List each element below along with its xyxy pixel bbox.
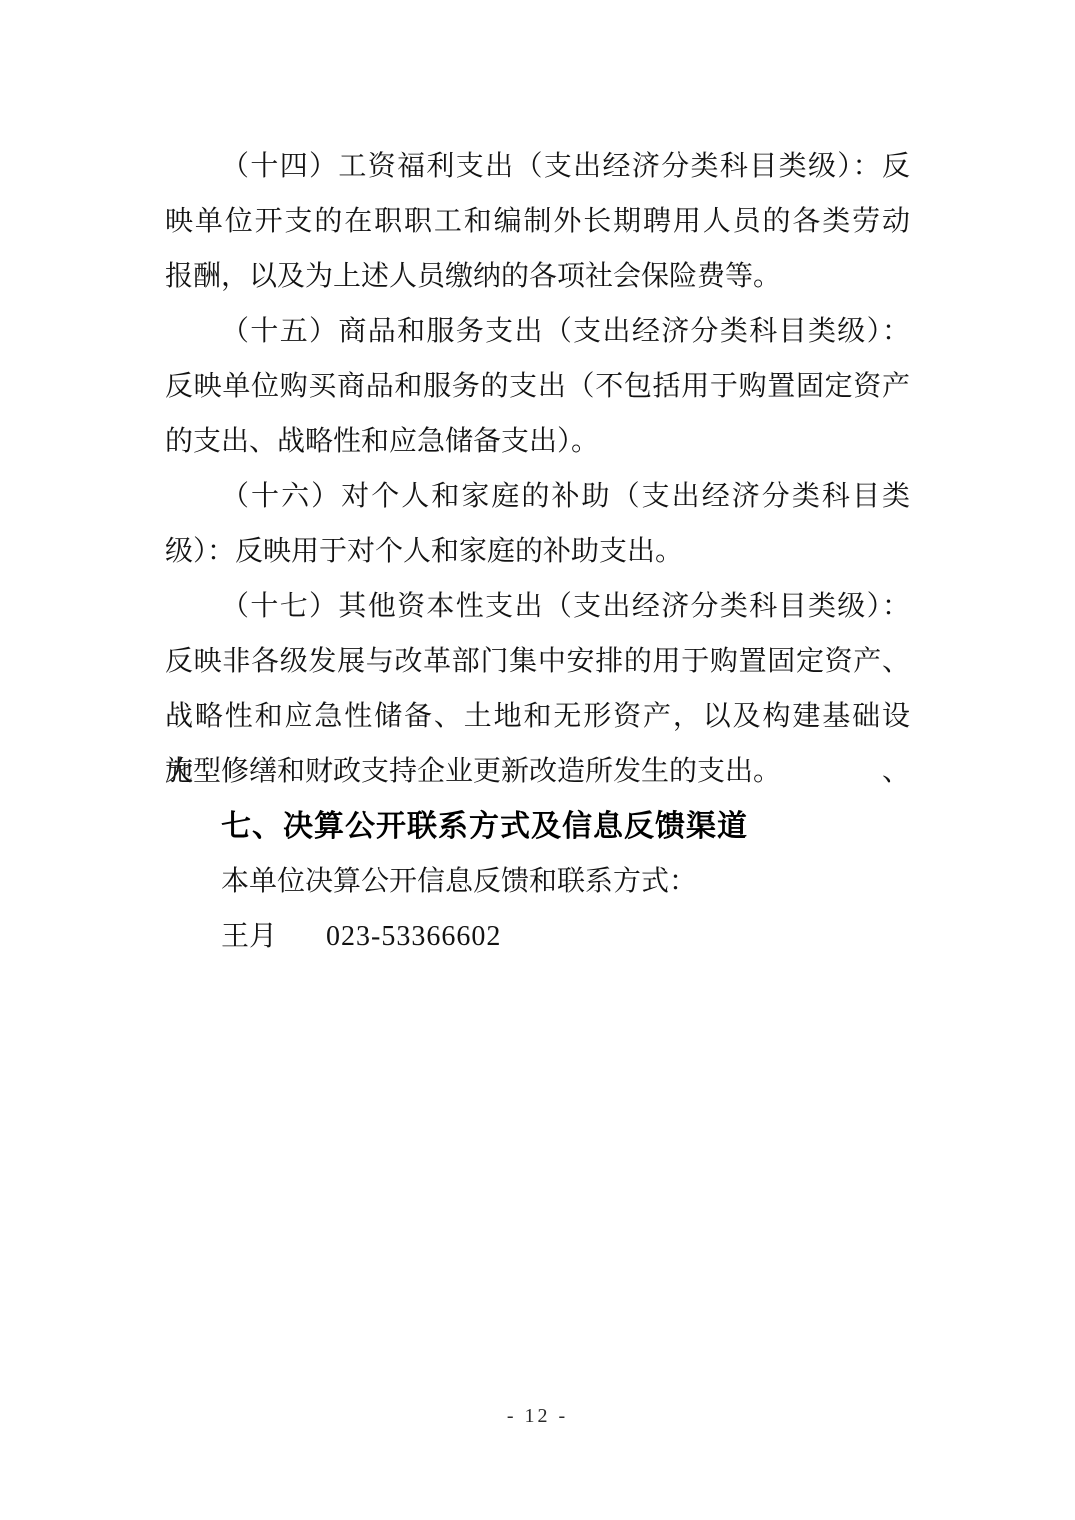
paragraph-line: （十四）工资福利支出（支出经济分类科目类级）：反 [165, 139, 910, 194]
paragraph-line: （十五）商品和服务支出（支出经济分类科目类级）： [165, 304, 910, 359]
paragraph-line: （十六）对个人和家庭的补助（支出经济分类科目类 [165, 469, 910, 524]
contact-name: 王月 [221, 909, 277, 964]
contact-phone: 023-53366602 [326, 909, 501, 964]
paragraph-line: 报酬，以及为上述人员缴纳的各项社会保险费等。 [165, 249, 910, 304]
paragraph-line: 反映单位购买商品和服务的支出（不包括用于购置固定资产 [165, 359, 910, 414]
section-heading: 七、决算公开联系方式及信息反馈渠道 [165, 799, 910, 854]
paragraph-line: 反映非各级发展与改革部门集中安排的用于购置固定资产、 [165, 634, 910, 689]
document-body: （十四）工资福利支出（支出经济分类科目类级）：反 映单位开支的在职职工和编制外长… [165, 139, 910, 964]
paragraph-line: （十七）其他资本性支出（支出经济分类科目类级）： [165, 579, 910, 634]
document-page: （十四）工资福利支出（支出经济分类科目类级）：反 映单位开支的在职职工和编制外长… [0, 0, 1075, 1520]
feedback-line: 本单位决算公开信息反馈和联系方式： [165, 854, 910, 909]
paragraph-line: 映单位开支的在职职工和编制外长期聘用人员的各类劳动 [165, 194, 910, 249]
page-number: - 12 - [0, 1405, 1075, 1428]
paragraph-line: 战略性和应急性储备、土地和无形资产，以及构建基础设施、 [165, 689, 910, 744]
paragraph-line: 的支出、战略性和应急储备支出）。 [165, 414, 910, 469]
paragraph-line: 级）：反映用于对个人和家庭的补助支出。 [165, 524, 910, 579]
contact-line: 王月 023-53366602 [165, 909, 910, 964]
